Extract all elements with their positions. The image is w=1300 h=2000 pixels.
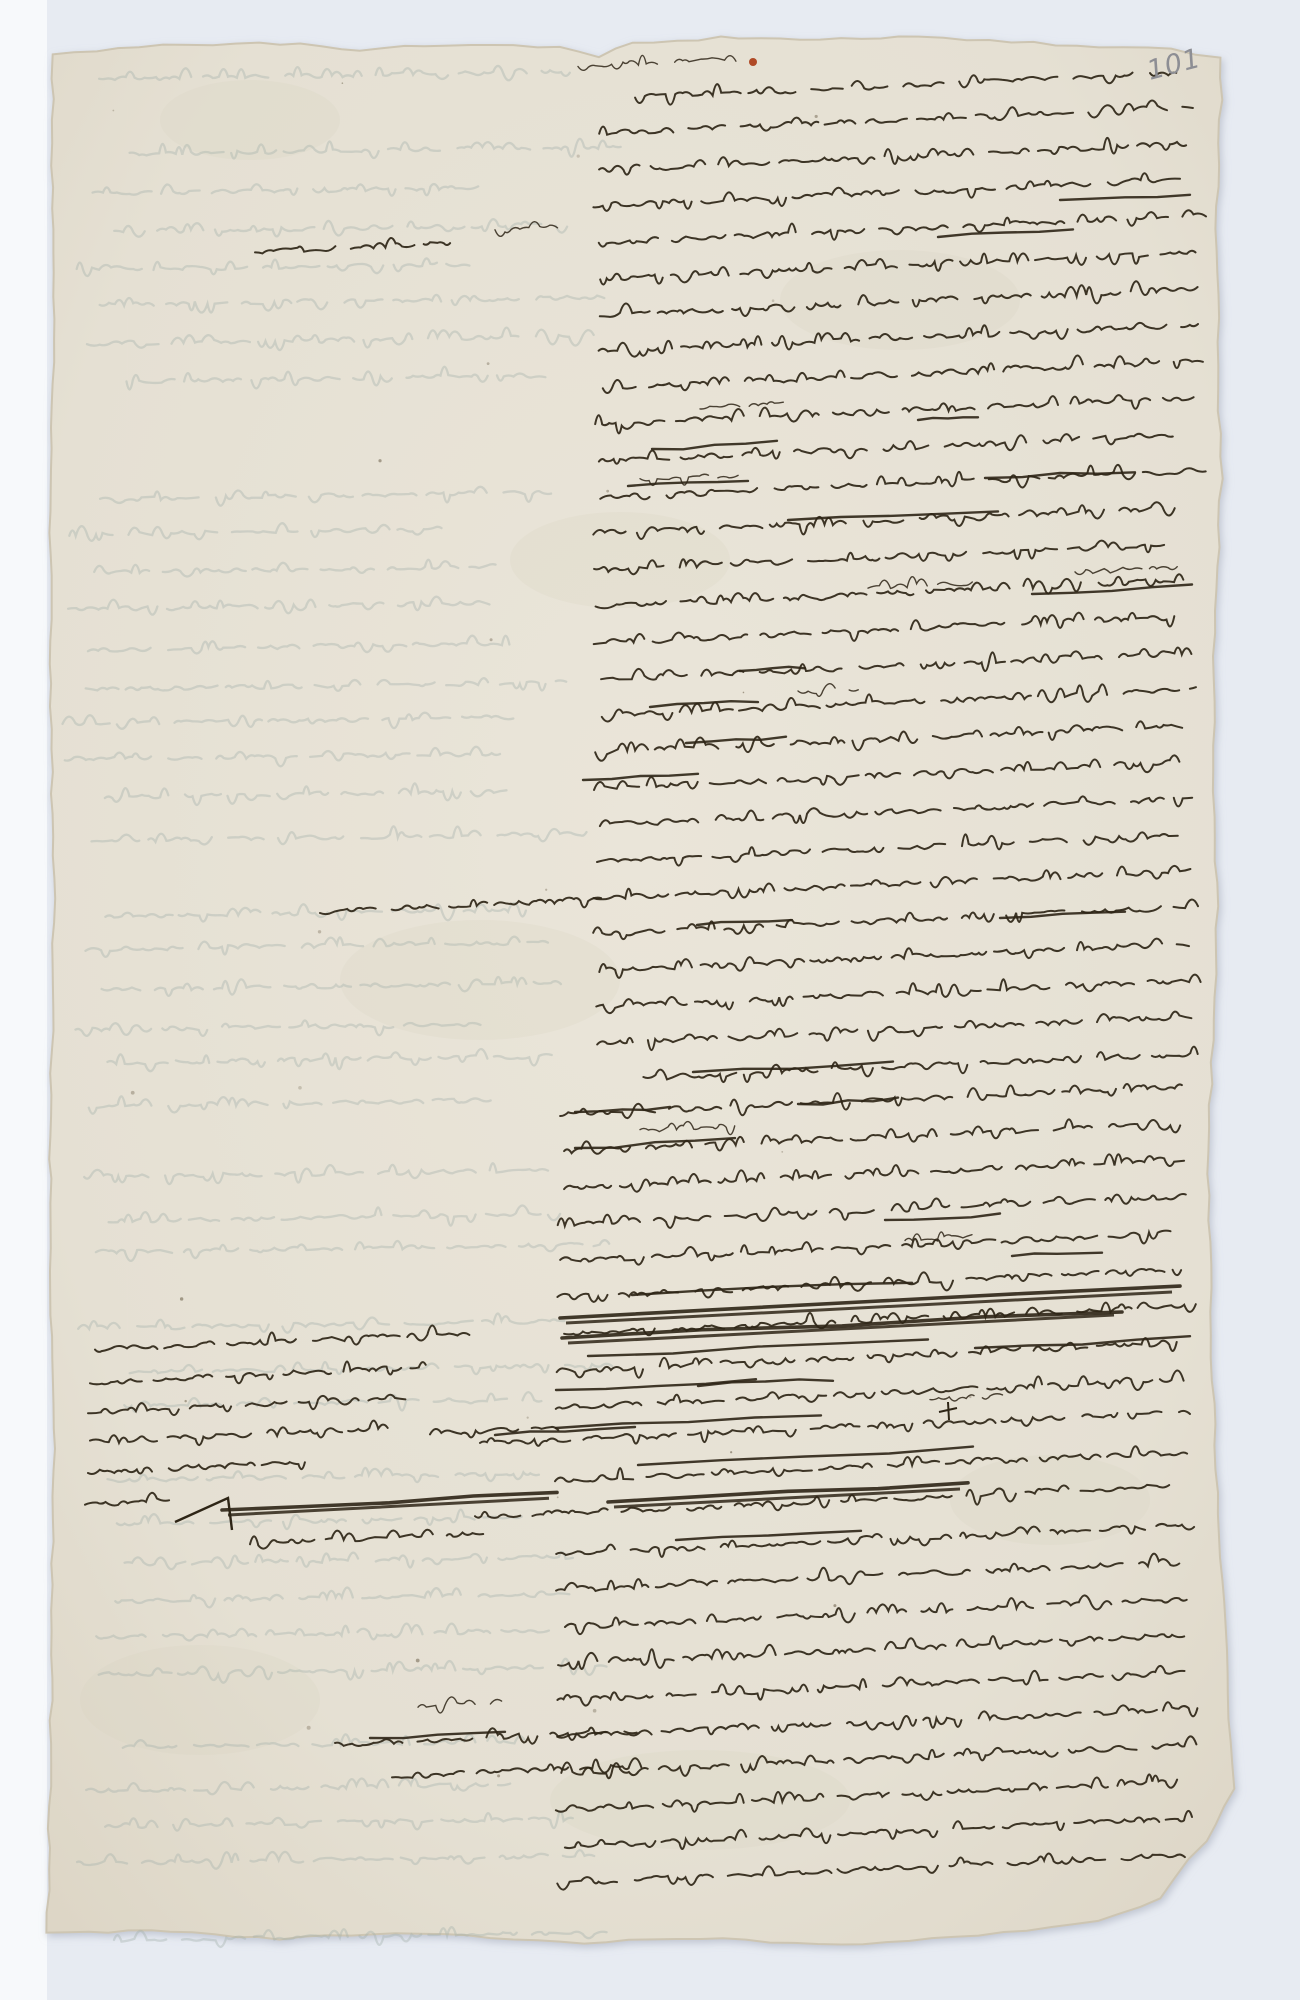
scan-canvas: 101	[0, 0, 1300, 2000]
manuscript-scan: 101	[0, 0, 1300, 2000]
scanner-edge-strip	[0, 0, 47, 2000]
red-ink-dot	[749, 58, 757, 66]
